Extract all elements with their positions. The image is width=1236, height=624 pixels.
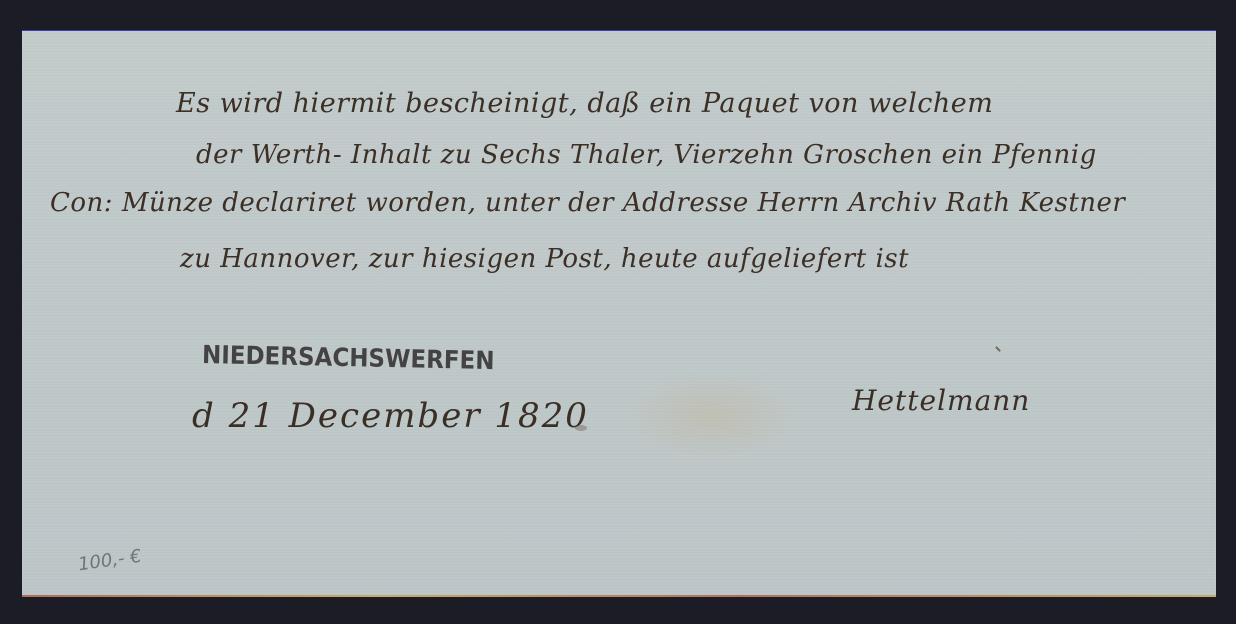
postmark-stamp: NIEDERSACHSWERFEN — [202, 340, 495, 375]
signature: Hettelmann — [852, 384, 1030, 417]
handwritten-date: d 21 December 1820 — [192, 396, 589, 436]
body-line-2: der Werth- Inhalt zu Sechs Thaler, Vierz… — [196, 140, 1097, 170]
paper-stain — [575, 425, 587, 431]
paper-edge — [22, 595, 1216, 597]
body-line-4: zu Hannover, zur hiesigen Post, heute au… — [180, 244, 909, 274]
body-line-3: Con: Münze declariret worden, unter der … — [50, 188, 1125, 218]
body-line-1: Es wird hiermit bescheinigt, daß ein Paq… — [176, 88, 993, 119]
